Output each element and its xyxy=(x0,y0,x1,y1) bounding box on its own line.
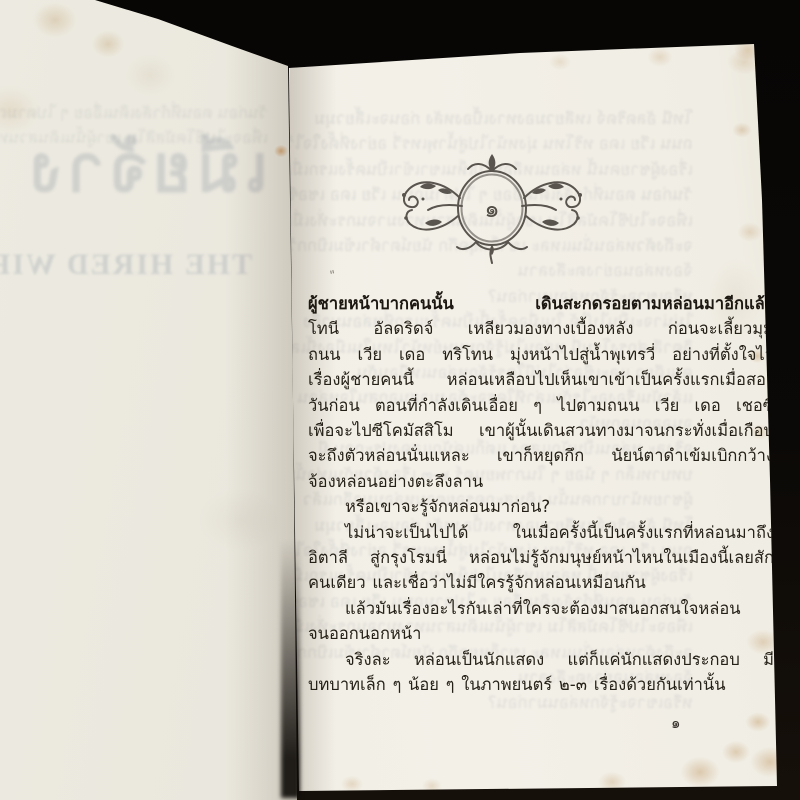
book-photo: วันก่อน ตอนที่กำลังเดินเอื่อย ๆ ไปตามถนน… xyxy=(0,0,800,800)
gutter-shadow-left xyxy=(225,0,297,800)
page-number-thai: ๑ xyxy=(671,711,681,735)
text-line: เรื่องผู้ชายคนนี้ หล่อนเหลือบไปเห็นเขาเข… xyxy=(308,367,774,392)
text-line: บทบาทเล็ก ๆ น้อย ๆ ในภาพยนตร์ ๒-๓ เรื่อง… xyxy=(308,672,774,697)
text-line: คนเดียว และเชื่อว่าไม่มีใครรู้จักหล่อนเห… xyxy=(308,570,774,595)
text-line: โทนี อัลดริดจ์ เหลียวมองทางเบื้องหลัง ก่… xyxy=(308,316,774,341)
text-line: จนออกนอกหน้า xyxy=(308,621,774,646)
text-line: หรือเขาจะรู้จักหล่อนมาก่อน? xyxy=(308,494,774,519)
text-line: อิตาลี สู่กรุงโรมนี่ หล่อนไม่รู้จักมนุษย… xyxy=(308,545,774,570)
showthrough-line: โทนี อัลดริดจ์ เหลียวมองทางเบื้องหลัง ก่… xyxy=(286,106,693,131)
text-line: ถนน เวีย เดอ ทริโทน มุ่งหน้าไปสู่น้ำพุเท… xyxy=(308,342,774,367)
body-text: ผู้ชายหน้าบากคนนั้น เดินสะกดรอยตามหล่อนม… xyxy=(308,291,774,698)
text-line: จริงละ หล่อนเป็นนักแสดง แต่ก็แค่นักแสดงป… xyxy=(308,647,774,672)
chapter-ornament-icon: ๑ xyxy=(390,146,594,266)
text-line: ไม่น่าจะเป็นไปได้ ในเมื่อครั้งนี้เป็นครั… xyxy=(308,520,774,545)
chapter-number-thai: ๑ xyxy=(484,195,499,223)
text-line: เพื่อจะไปซีโคมัสสิโม เขาผู้นั้นเดินสวนทา… xyxy=(308,418,774,443)
text-line: จ้องหล่อนอย่างตะลึงลาน xyxy=(308,469,774,494)
text-line: วันก่อน ตอนที่กำลังเดินเอื่อย ๆ ไปตามถนน… xyxy=(308,393,774,418)
left-scroll xyxy=(402,182,462,229)
showthrough-english-title: THE HIRED WIFE xyxy=(0,248,252,282)
text-line: จะถึงตัวหล่อนนั่นแหละ เขาก็หยุดกึก นัยน์… xyxy=(308,443,774,468)
text-line: ผู้ชายหน้าบากคนนั้น เดินสะกดรอยตามหล่อนม… xyxy=(308,291,774,316)
text-line: แล้วมันเรื่องอะไรกันเล่าที่ใครจะต้องมาสน… xyxy=(308,596,774,621)
